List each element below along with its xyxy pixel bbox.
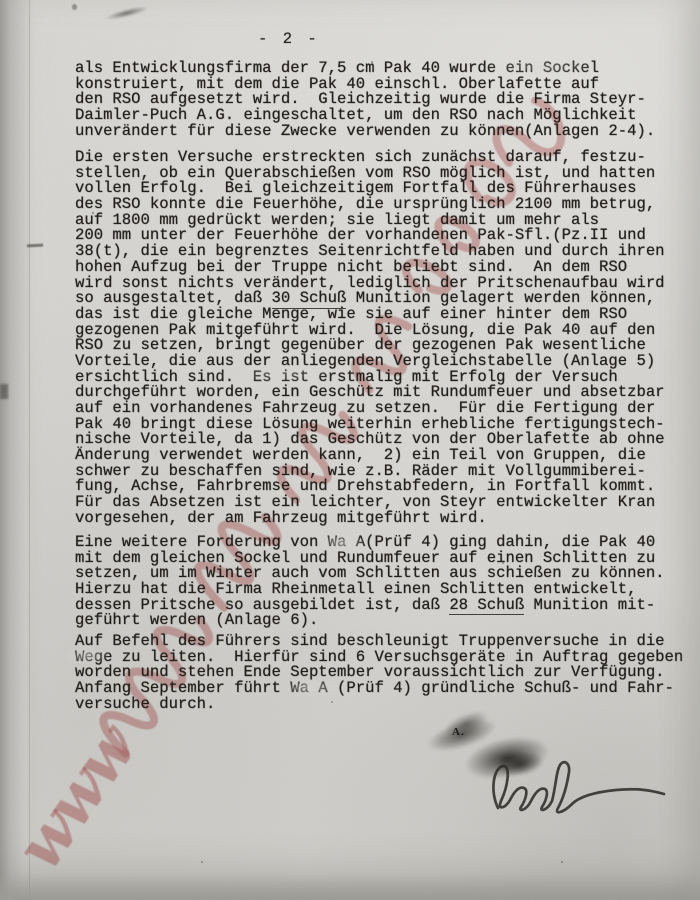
- text-line: unverändert für diese Zwecke verwenden z…: [75, 124, 695, 140]
- edge-mark: [0, 384, 8, 399]
- underlined-text: 28 Schuß: [449, 596, 524, 616]
- signature-stroke: [493, 762, 664, 812]
- stamp-text: A.: [452, 726, 465, 738]
- text-line: vorgesehen, der am Fahrzeug mitgeführt w…: [75, 511, 695, 527]
- paragraph-1: als Entwicklungsfirma der 7,5 cm Pak 40 …: [75, 61, 695, 139]
- text-segment: Munition mit-: [524, 596, 655, 614]
- paragraph-3: Eine weitere Forderung von Wa A(Prüf 4) …: [75, 535, 695, 629]
- page-number: - 2 -: [258, 30, 320, 48]
- paragraph-2: Die ersten Versuche erstreckten sich zun…: [75, 150, 695, 527]
- scanned-document-page: www - 2 - als Entwicklungsfirma der 7,5 …: [0, 0, 700, 900]
- text-line: versuche durch.: [75, 697, 695, 713]
- paragraph-4: Auf Befehl des Führers sind beschleunigt…: [75, 634, 695, 712]
- dirt-speck: [72, 4, 77, 10]
- text-line: geführt werden (Anlage 6).: [75, 613, 695, 629]
- paper-specks: [0, 0, 2, 2]
- handwritten-signature: [478, 752, 678, 822]
- watermark-text: www: [1, 709, 153, 883]
